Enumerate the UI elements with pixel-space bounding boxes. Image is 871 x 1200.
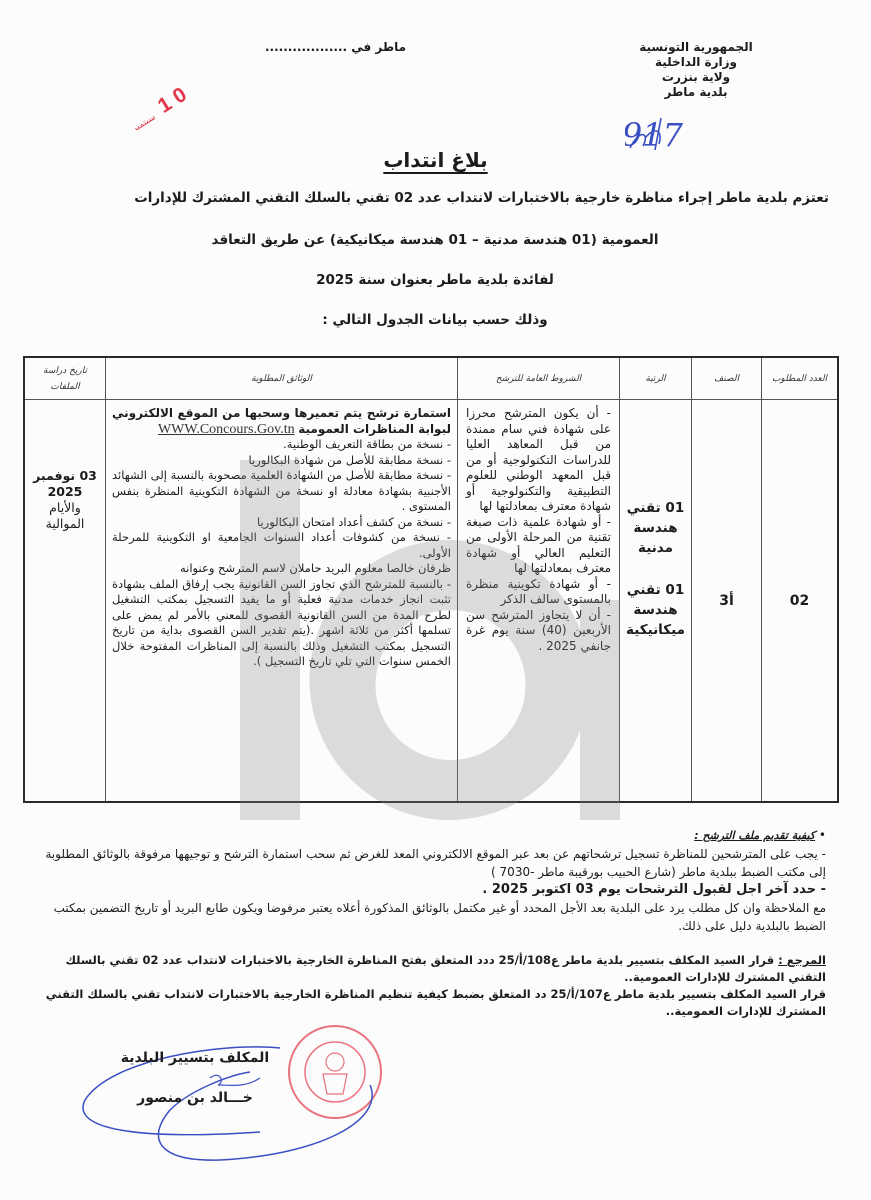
concours-link[interactable]: WWW.Concours.Gov.tn	[158, 422, 295, 437]
cell-conditions: - أن يكون المترشح محرزا على شهادة فني سا…	[457, 400, 619, 801]
instructions-heading: كيفية تقديم ملف الترشح :	[694, 829, 815, 842]
header-deadline: تاريخ دراسة الملفات	[25, 358, 105, 400]
signature-block: المكلف بتسيير البلدية خـــالد بن منصور	[120, 1048, 270, 1108]
svg-text:0 1: 0 1	[154, 83, 191, 118]
cell-grade: أ3	[691, 400, 761, 801]
place-and-date: ماطر في ..................	[265, 40, 406, 54]
intro-line-3: لفائدة بلدية ماطر بعنوان سنة 2025	[40, 272, 830, 288]
references: المرجع : قرار السيد المكلف بتسيير بلدية …	[36, 952, 826, 1020]
document-item: - نسخة من بطاقة التعريف الوطنية.	[112, 437, 451, 453]
condition-item: - أن لا يتجاوز المترشح سن الأربعين (40) …	[466, 608, 611, 655]
header-line-municipality: بلدية ماطر	[621, 85, 771, 100]
header-line-governorate: ولاية بنزرت	[621, 70, 771, 85]
header-rank: الرتبة	[619, 358, 691, 400]
document-item: - نسخة مطابقة للأصل من شهادة البكالوريا	[112, 453, 451, 469]
signatory-title: المكلف بتسيير البلدية	[120, 1048, 270, 1068]
condition-item: - أو شهادة تكوينية منظرة بالمستوى سالف ا…	[466, 577, 611, 608]
signatory-name: خـــالد بن منصور	[120, 1088, 270, 1108]
intro-line-1: تعتزم بلدية ماطر إجراء مناظرة خارجية بال…	[39, 190, 829, 206]
cell-deadline: 03 نوفمبر 2025 والأيام الموالية	[25, 400, 105, 801]
document-item: - بالنسبة للمترشح الذي تجاوز السن القانو…	[112, 577, 451, 670]
intro-line-2: العمومية (01 هندسة مدنية – 01 هندسة ميكا…	[40, 232, 830, 248]
header-conditions: الشروط العامة للترشح	[457, 358, 619, 400]
date-stamp: 2025 سبتمبر 0 1	[95, 60, 235, 130]
document-item: - نسخة من كشف أعداد امتحان البكالوريا	[112, 515, 451, 531]
instruction-deadline: - حدد آخر اجل لقبول الترشحات يوم 03 اكتو…	[36, 881, 826, 899]
document-item: - نسخة من كشوفات أعداد السنوات الجامعية …	[112, 530, 451, 561]
cell-rank-specialty: 01 تقني هندسة مدنية 01 تقني هندسة ميكاني…	[619, 400, 691, 801]
reference-label: المرجع :	[778, 953, 826, 967]
instruction-note: مع الملاحظة وان كل مطلب يرد على البلدية …	[36, 899, 826, 935]
document-item: - نسخة مطابقة للأصل من الشهادة العلمية م…	[112, 468, 451, 515]
specialty-mechanical: 01 تقني هندسة ميكانيكية	[624, 580, 687, 640]
page-title: بلاغ انتداب	[0, 148, 871, 172]
header-documents: الوثائق المطلوبة	[105, 358, 457, 400]
application-instructions: • كيفية تقديم ملف الترشح : - يجب على الم…	[36, 826, 826, 935]
document-item: ظرفان خالصا معلوم البريد حاملان لاسم الم…	[112, 561, 451, 577]
cell-count: 02	[761, 400, 837, 801]
specialty-civil: 01 تقني هندسة مدنية	[624, 498, 687, 558]
header-line-republic: الجمهورية التونسية	[621, 40, 771, 55]
cell-documents: استمارة ترشح يتم تعميرها وسحبها من الموق…	[105, 400, 457, 801]
intro-line-4: وذلك حسب بيانات الجدول التالي :	[40, 312, 830, 328]
svg-text:سبتمبر: سبتمبر	[129, 112, 158, 130]
condition-item: - أو شهادة علمية ذات صبغة تقنية من المرح…	[466, 515, 611, 577]
instruction-submit: - يجب على المترشحين للمناظرة تسجيل ترشحا…	[36, 845, 826, 881]
reference-decision-108: قرار السيد المكلف بتسيير بلدية ماطر ع108…	[65, 953, 826, 984]
header-grade: الصنف	[691, 358, 761, 400]
recruitment-table: العدد المطلوب الصنف الرتبة الشروط العامة…	[23, 356, 839, 803]
government-header: الجمهورية التونسية وزارة الداخلية ولاية …	[621, 40, 771, 100]
condition-item: - أن يكون المترشح محرزا على شهادة فني سا…	[466, 406, 611, 515]
header-line-ministry: وزارة الداخلية	[621, 55, 771, 70]
header-count: العدد المطلوب	[761, 358, 837, 400]
reference-decision-107: قرار السيد المكلف بتسيير بلدية ماطر ع107…	[36, 986, 826, 1020]
